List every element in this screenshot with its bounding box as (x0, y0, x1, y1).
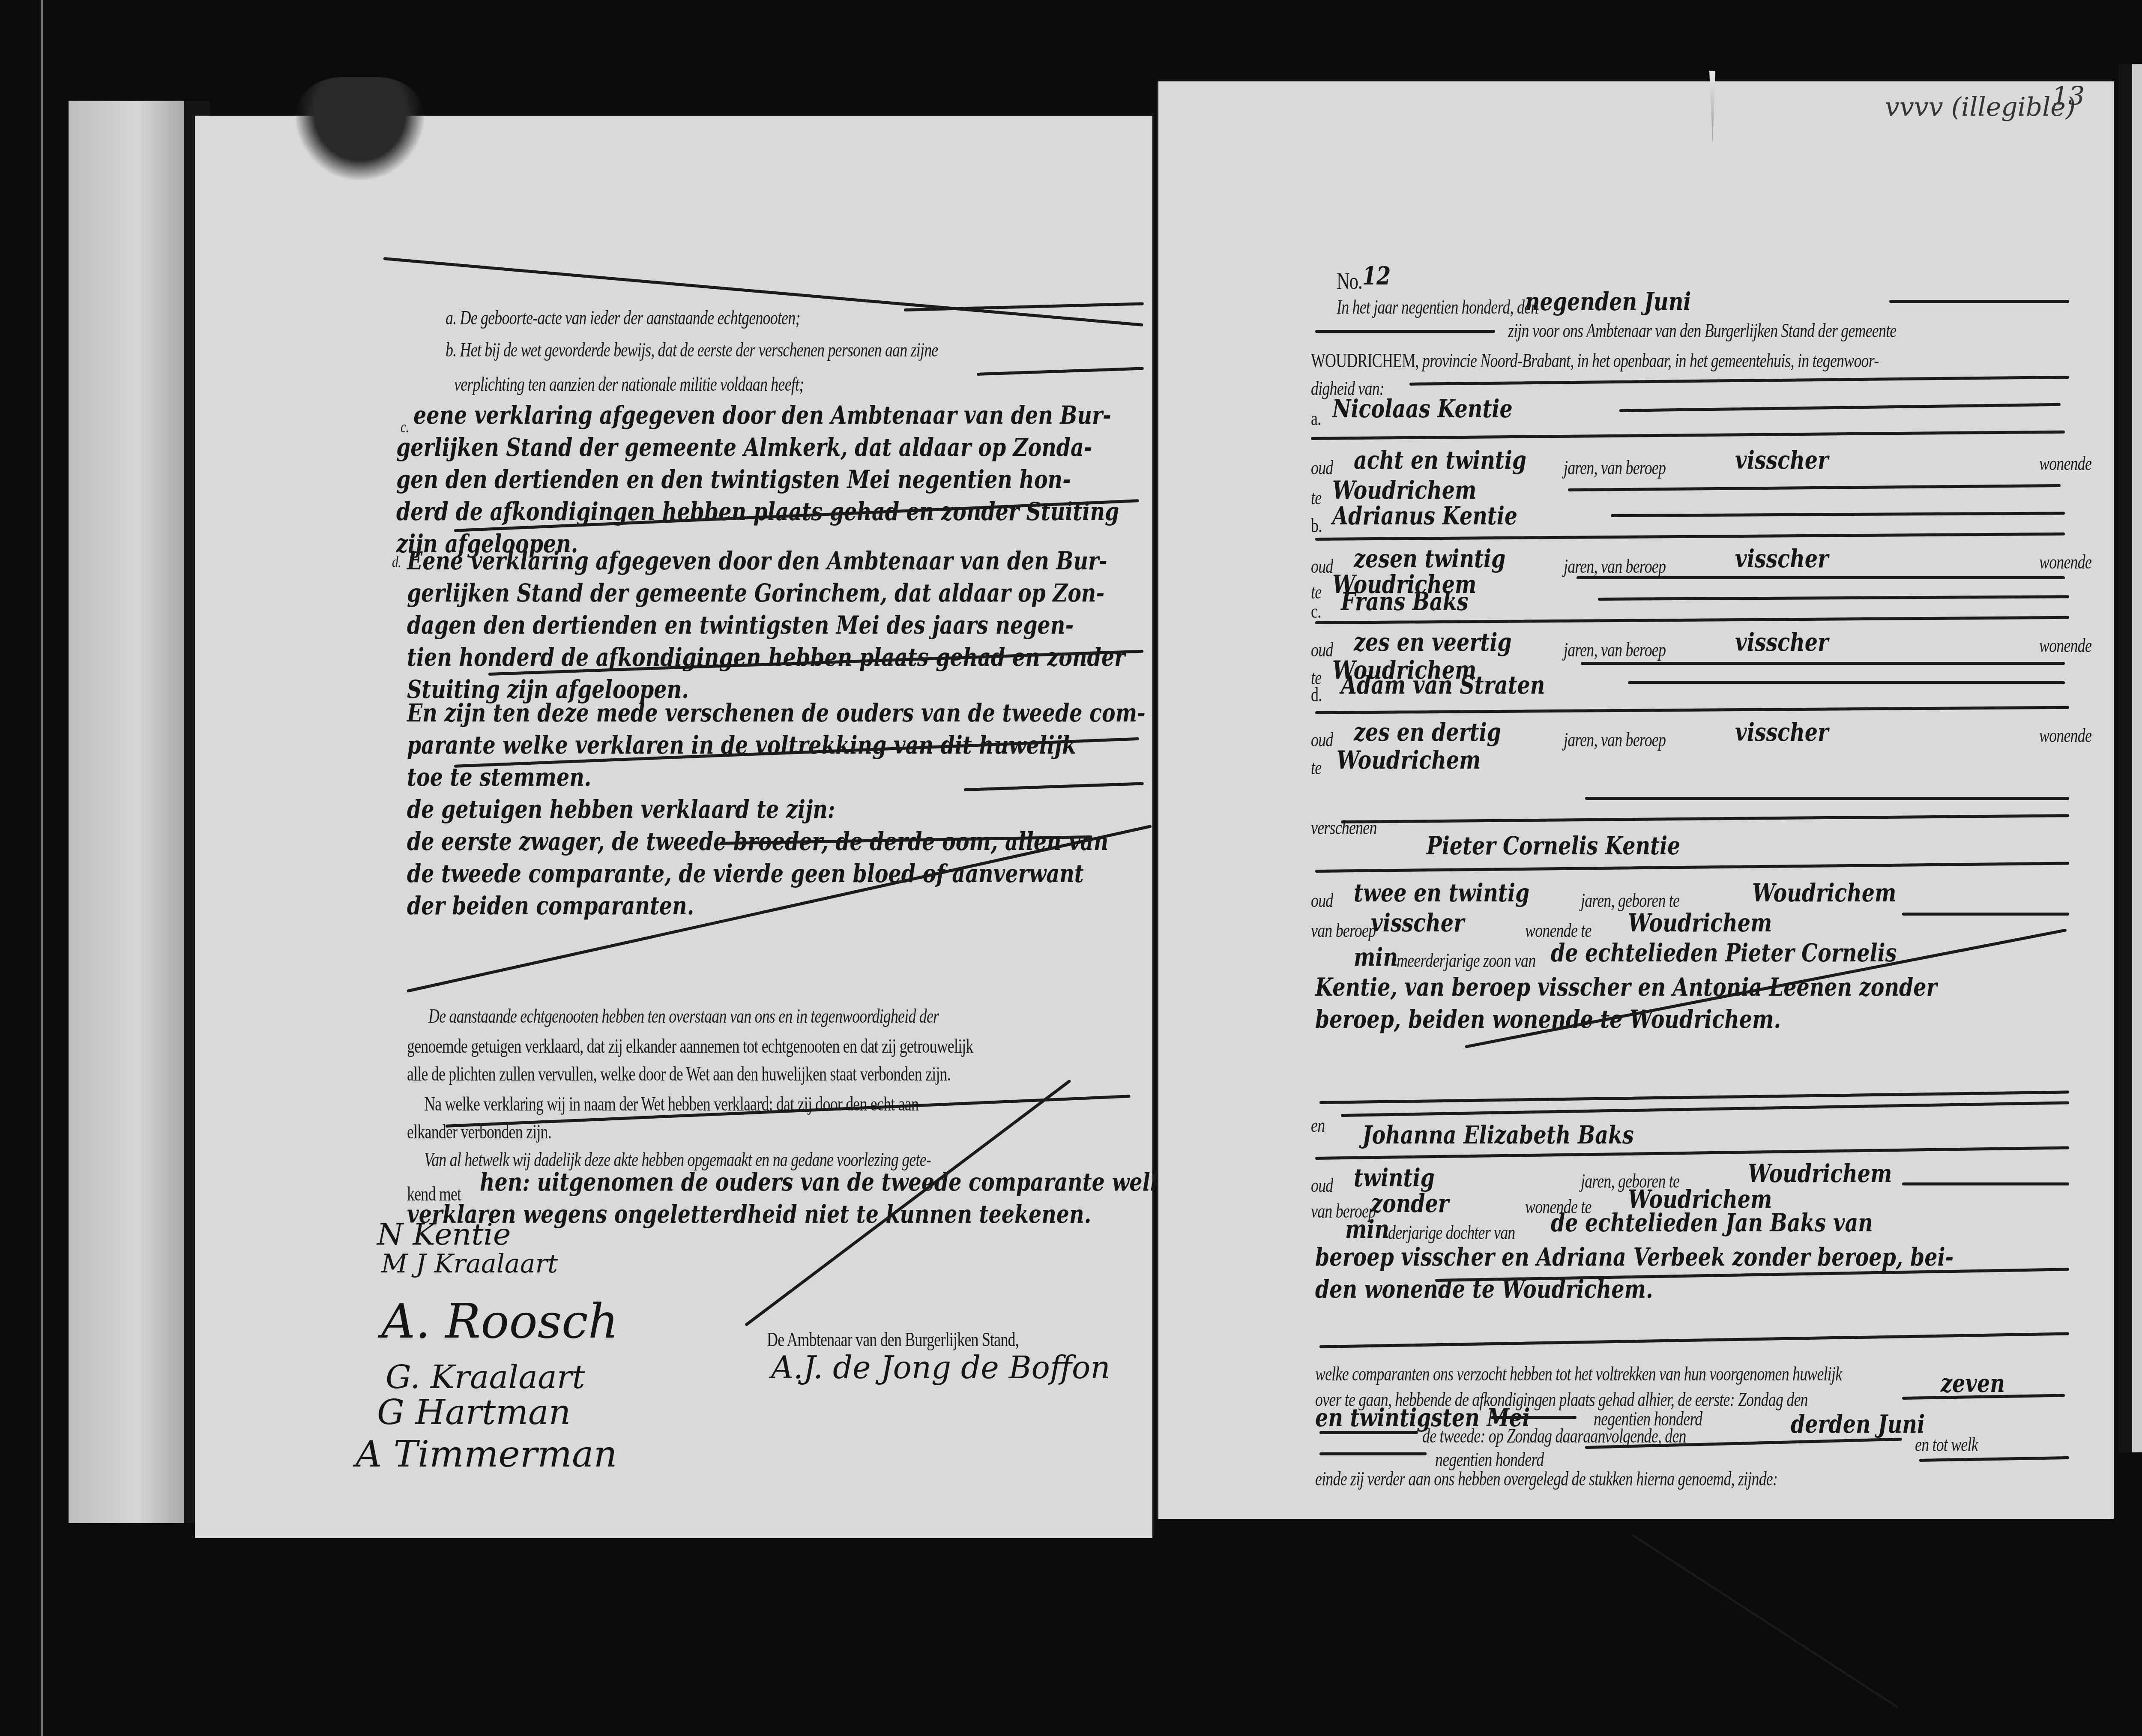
groom-residence: Woudrichem (1628, 908, 1772, 937)
witness-a-occupation: visscher (1735, 446, 1828, 475)
doc-item-d-line-4: tien honderd de afkondigingen hebben pla… (407, 643, 1125, 672)
groom-parents-line-2: Kentie, van beroep visscher en Antonia L… (1315, 973, 1937, 1002)
witness-c-occupation: visscher (1735, 628, 1828, 657)
official-label: De Ambtenaar van den Burgerlijken Stand, (767, 1328, 1019, 1351)
witness-d-letter: d. (1311, 683, 1322, 706)
groom-age: twee en twintig (1354, 878, 1529, 907)
closing-line-1: welke comparanten ons verzocht hebben to… (1315, 1362, 1842, 1385)
fill-line (1581, 662, 2065, 665)
marriage-date: negenden Juni (1525, 287, 1691, 316)
bride-age: twintig (1354, 1163, 1435, 1192)
witness-d-residence: Woudrichem (1337, 745, 1481, 775)
label-wonende: wonende (2039, 452, 2091, 475)
groom-parents-line-1: de echtelieden Pieter Cornelis (1551, 938, 1897, 967)
doc-item-d-line-2: gerlijken Stand der gemeente Gorinchem, … (407, 578, 1104, 608)
label-oud: oud (1311, 1174, 1333, 1197)
label-van-beroep: van beroep (1311, 919, 1376, 942)
official-signature: A.J. de Jong de Boffon (771, 1350, 1110, 1386)
label-te: te (1311, 756, 1321, 779)
fill-line (1902, 1182, 2069, 1185)
bride-parents-line-2: beroep visscher en Adriana Verbeek zonde… (1315, 1242, 1954, 1272)
witness-b-letter: b. (1311, 514, 1322, 537)
groom-relation-prefix: min (1354, 943, 1398, 972)
signature-4: G. Kraalaart (386, 1358, 585, 1396)
doc-item-a: a. De geboorte-acte van ieder der aansta… (446, 306, 800, 329)
first-proclamation-day: zeven (1941, 1369, 2005, 1398)
witnesses-line-1: de getuigen hebben verklaard te zijn: (407, 795, 835, 824)
bride-relation-prefix: min (1345, 1215, 1389, 1244)
declaration-line-4: Na welke verklaring wij in naam der Wet … (424, 1092, 918, 1115)
bride-occupation: zonder (1371, 1189, 1449, 1218)
declaration-line-3: alle de plichten zullen vervullen, welke… (407, 1063, 951, 1085)
parents-consent-line-3: toe te stemmen. (407, 763, 591, 792)
bride-relation: derjarige dochter van (1388, 1221, 1515, 1244)
fill-line (1628, 681, 2065, 684)
signature-2: M J Kraalaart (381, 1249, 558, 1279)
signature-1: N Kentie (377, 1217, 511, 1252)
witnesses-line-4: der beiden comparanten. (407, 891, 694, 920)
doc-item-d-label: d. (392, 553, 401, 572)
second-proclamation-date: derden Juni (1791, 1410, 1925, 1439)
label-jaren-beroep: jaren, van beroep (1564, 555, 1666, 578)
label-verschenen: verschenen (1311, 816, 1377, 839)
closing-line-7: einde zij verder aan ons hebben overgele… (1315, 1467, 1777, 1490)
doc-item-d-line-3: dagen den dertienden en twintigsten Mei … (407, 611, 1074, 640)
witness-a-age: acht en twintig (1354, 446, 1526, 475)
closing-line-4: de tweede: op Zondag daaraanvolgende, de… (1422, 1425, 1686, 1447)
line-3: provincie Noord-Brabant, in het openbaar… (1422, 349, 1879, 372)
fill-line (1319, 1431, 1418, 1434)
fill-line (1577, 576, 2065, 579)
paper-clip-icon (296, 77, 424, 180)
label-te: te (1311, 486, 1321, 509)
witness-c-age: zes en veertig (1354, 628, 1512, 657)
label-oud: oud (1311, 728, 1333, 751)
act-number-label: No. (1337, 268, 1362, 294)
doc-item-c-line-2: gerlijken Stand der gemeente Almkerk, da… (396, 433, 1092, 462)
fill-line (1491, 1416, 1577, 1419)
fill-line (1889, 300, 2069, 303)
witness-b-occupation: visscher (1735, 544, 1828, 573)
corner-annotation: vvvv (illegible) (1885, 92, 2076, 122)
bride-birthplace: Woudrichem (1748, 1159, 1892, 1188)
witness-c-letter: c. (1311, 600, 1321, 623)
witness-a-name: Nicolaas Kentie (1332, 394, 1513, 423)
witness-c-name: Frans Baks (1341, 587, 1468, 616)
witness-d-name: Adam van Straten (1341, 670, 1545, 700)
act-number: 12 (1362, 261, 1391, 290)
witness-b-name: Adrianus Kentie (1332, 501, 1517, 530)
doc-item-b: b. Het bij de wet gevorderde bewijs, dat… (446, 338, 938, 361)
doc-item-c-line-1: eene verklaring afgegeven door den Ambte… (413, 401, 1111, 430)
groom-relation: meerderjarige zoon van (1397, 949, 1535, 972)
scan-border-left (41, 0, 43, 1736)
bride-parents-line-1: de echtelieden Jan Baks van (1551, 1208, 1873, 1237)
label-wonende: wonende (2039, 634, 2091, 657)
signature-5: G Hartman (377, 1392, 571, 1432)
closing-line-6: en tot welk (1915, 1433, 1978, 1456)
label-oud: oud (1311, 638, 1333, 661)
book-binding-left (69, 101, 210, 1523)
fill-line (1902, 913, 2069, 916)
witness-b-age: zesen twintig (1354, 544, 1505, 573)
witness-a-residence: Woudrichem (1332, 476, 1476, 505)
doc-item-c-line-4: derd de afkondigingen hebben plaats geha… (396, 497, 1119, 526)
declaration-line-1: De aanstaande echtgenooten hebben ten ov… (428, 1005, 939, 1027)
intro-line: In het jaar negentien honderd, den (1337, 296, 1538, 318)
label-jaren-beroep: jaren, van beroep (1564, 456, 1666, 479)
label-jaren-beroep: jaren, van beroep (1564, 728, 1666, 751)
page-number: 13 (2052, 81, 2085, 111)
doc-item-d-line-1: Eene verklaring afgegeven door den Ambte… (407, 546, 1107, 575)
label-wonende: wonende (2039, 724, 2091, 747)
label-en: en (1311, 1114, 1325, 1137)
fill-line (1585, 797, 2069, 800)
label-oud: oud (1311, 555, 1333, 578)
parents-consent-line-1: En zijn ten deze mede verschenen de oude… (407, 698, 1146, 727)
label-wonende: wonende (2039, 551, 2091, 573)
doc-item-b-cont: verplichting ten aanzien der nationale m… (454, 373, 804, 395)
groom-occupation: visscher (1371, 908, 1464, 937)
witness-d-age: zes en dertig (1354, 718, 1501, 747)
signature-3: A. Roosch (381, 1294, 619, 1349)
line-2: zijn voor ons Ambtenaar van den Burgerli… (1508, 319, 1896, 342)
strike-line (1632, 1534, 1899, 1708)
doc-item-c-line-3: gen den dertienden en den twintigsten Me… (396, 465, 1071, 494)
label-oud: oud (1311, 889, 1333, 912)
town-name: WOUDRICHEM, (1311, 349, 1419, 372)
label-jaren-beroep: jaren, van beroep (1564, 638, 1666, 661)
book-binding-right (2118, 64, 2142, 1452)
signature-6: A Timmerman (356, 1433, 617, 1476)
fill-line (1315, 330, 1495, 333)
label-oud: oud (1311, 456, 1333, 479)
bride-name: Johanna Elizabeth Baks (1362, 1120, 1634, 1149)
witness-a-letter: a. (1311, 407, 1321, 430)
fill-line (1319, 1452, 1427, 1455)
groom-birthplace: Woudrichem (1752, 878, 1896, 907)
witness-d-occupation: visscher (1735, 718, 1828, 747)
groom-name: Pieter Cornelis Kentie (1427, 831, 1680, 860)
declaration-line-2: genoemde getuigen verklaard, dat zij elk… (407, 1035, 973, 1057)
closing-hand-line-1: hen: uitgenomen de ouders van de tweede … (480, 1167, 1177, 1197)
